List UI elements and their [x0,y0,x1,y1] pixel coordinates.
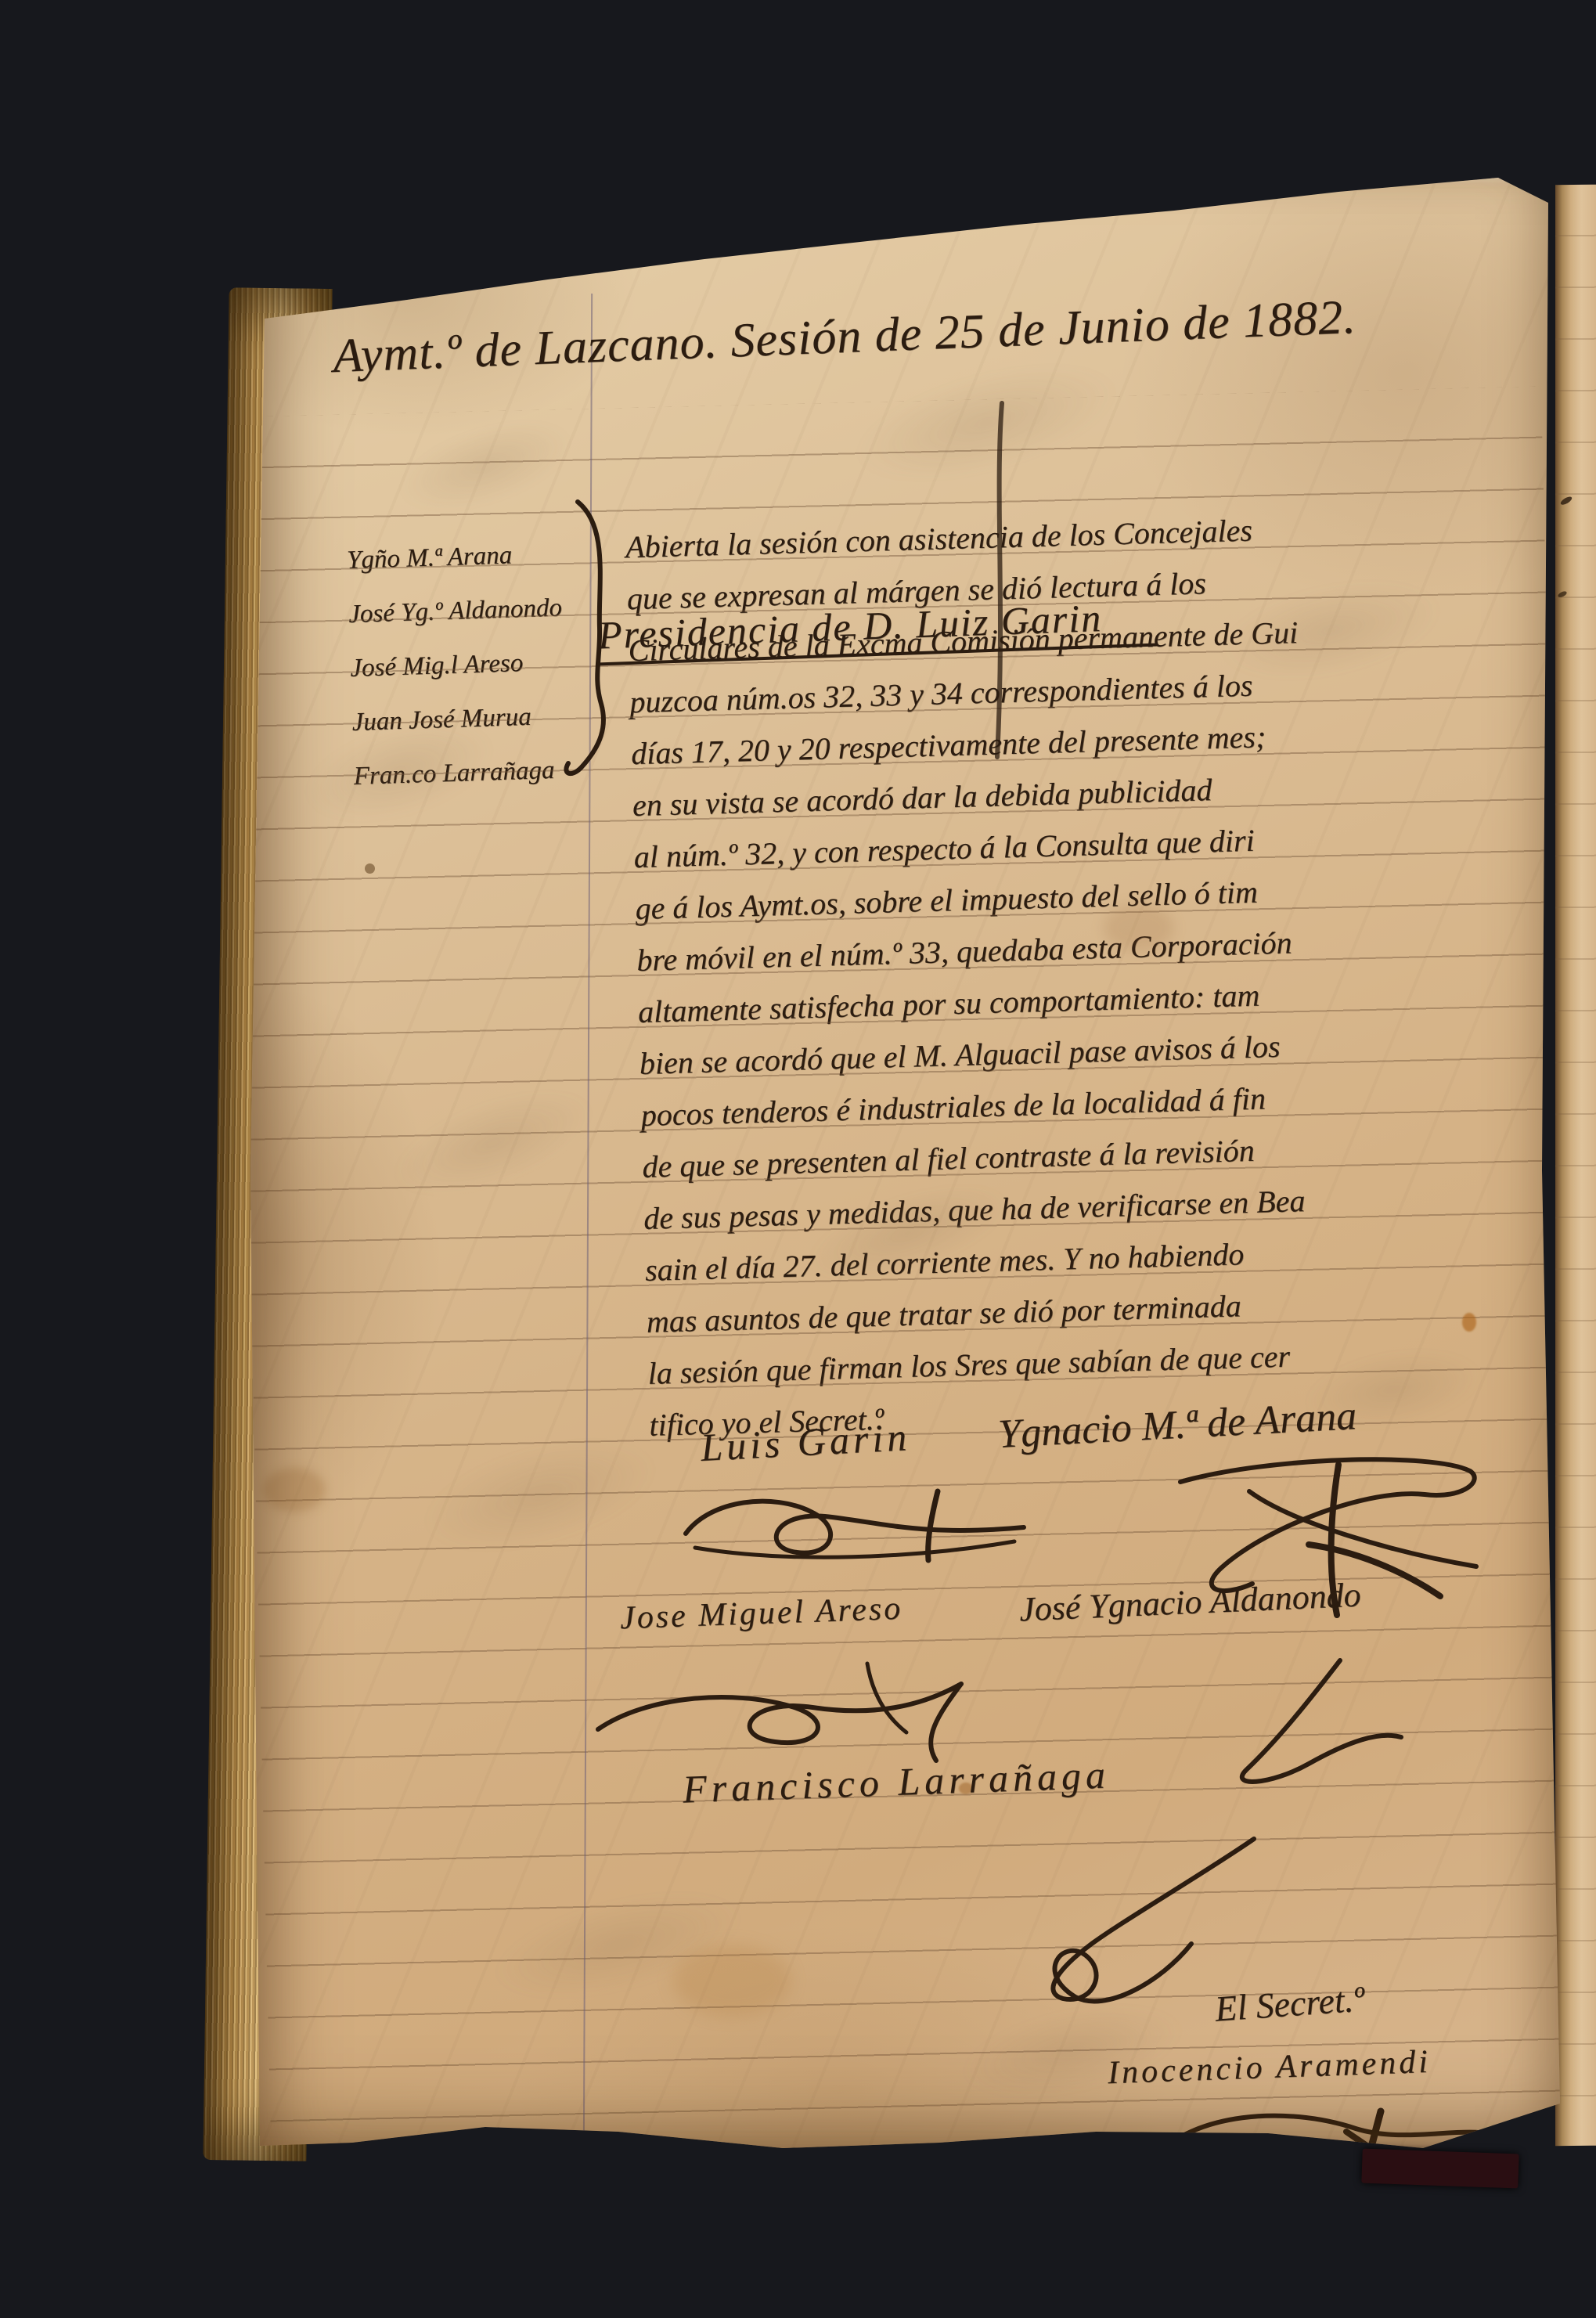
next-page-ink-mark [1557,590,1567,599]
manuscript-page: Aymt.º de Lazcano. Sesión de 25 de Junio… [250,176,1562,2149]
rubric-flourish-garin [679,1485,1032,1575]
foxing-stain [263,1468,326,1512]
foxing-stain [673,1945,791,2016]
next-page-ink-mark [1559,496,1573,506]
photographed-manuscript-scene: Aymt.º de Lazcano. Sesión de 25 de Junio… [0,0,1596,2318]
foxing-stain [1462,1313,1476,1332]
foxing-stain [1104,904,1174,951]
rubric-flourish-larranaga [988,1830,1270,2010]
next-page-sliver [1555,185,1596,2147]
session-heading: Aymt.º de Lazcano. Sesión de 25 de Junio… [332,290,1357,384]
rubric-flourish-areso [593,1660,1000,1766]
rubric-flourish-aldanondo [1191,1654,1410,1795]
ribbon-marker [1361,2149,1519,2189]
stray-ink-stroke [991,400,1010,760]
ink-spot-stain [365,863,375,874]
